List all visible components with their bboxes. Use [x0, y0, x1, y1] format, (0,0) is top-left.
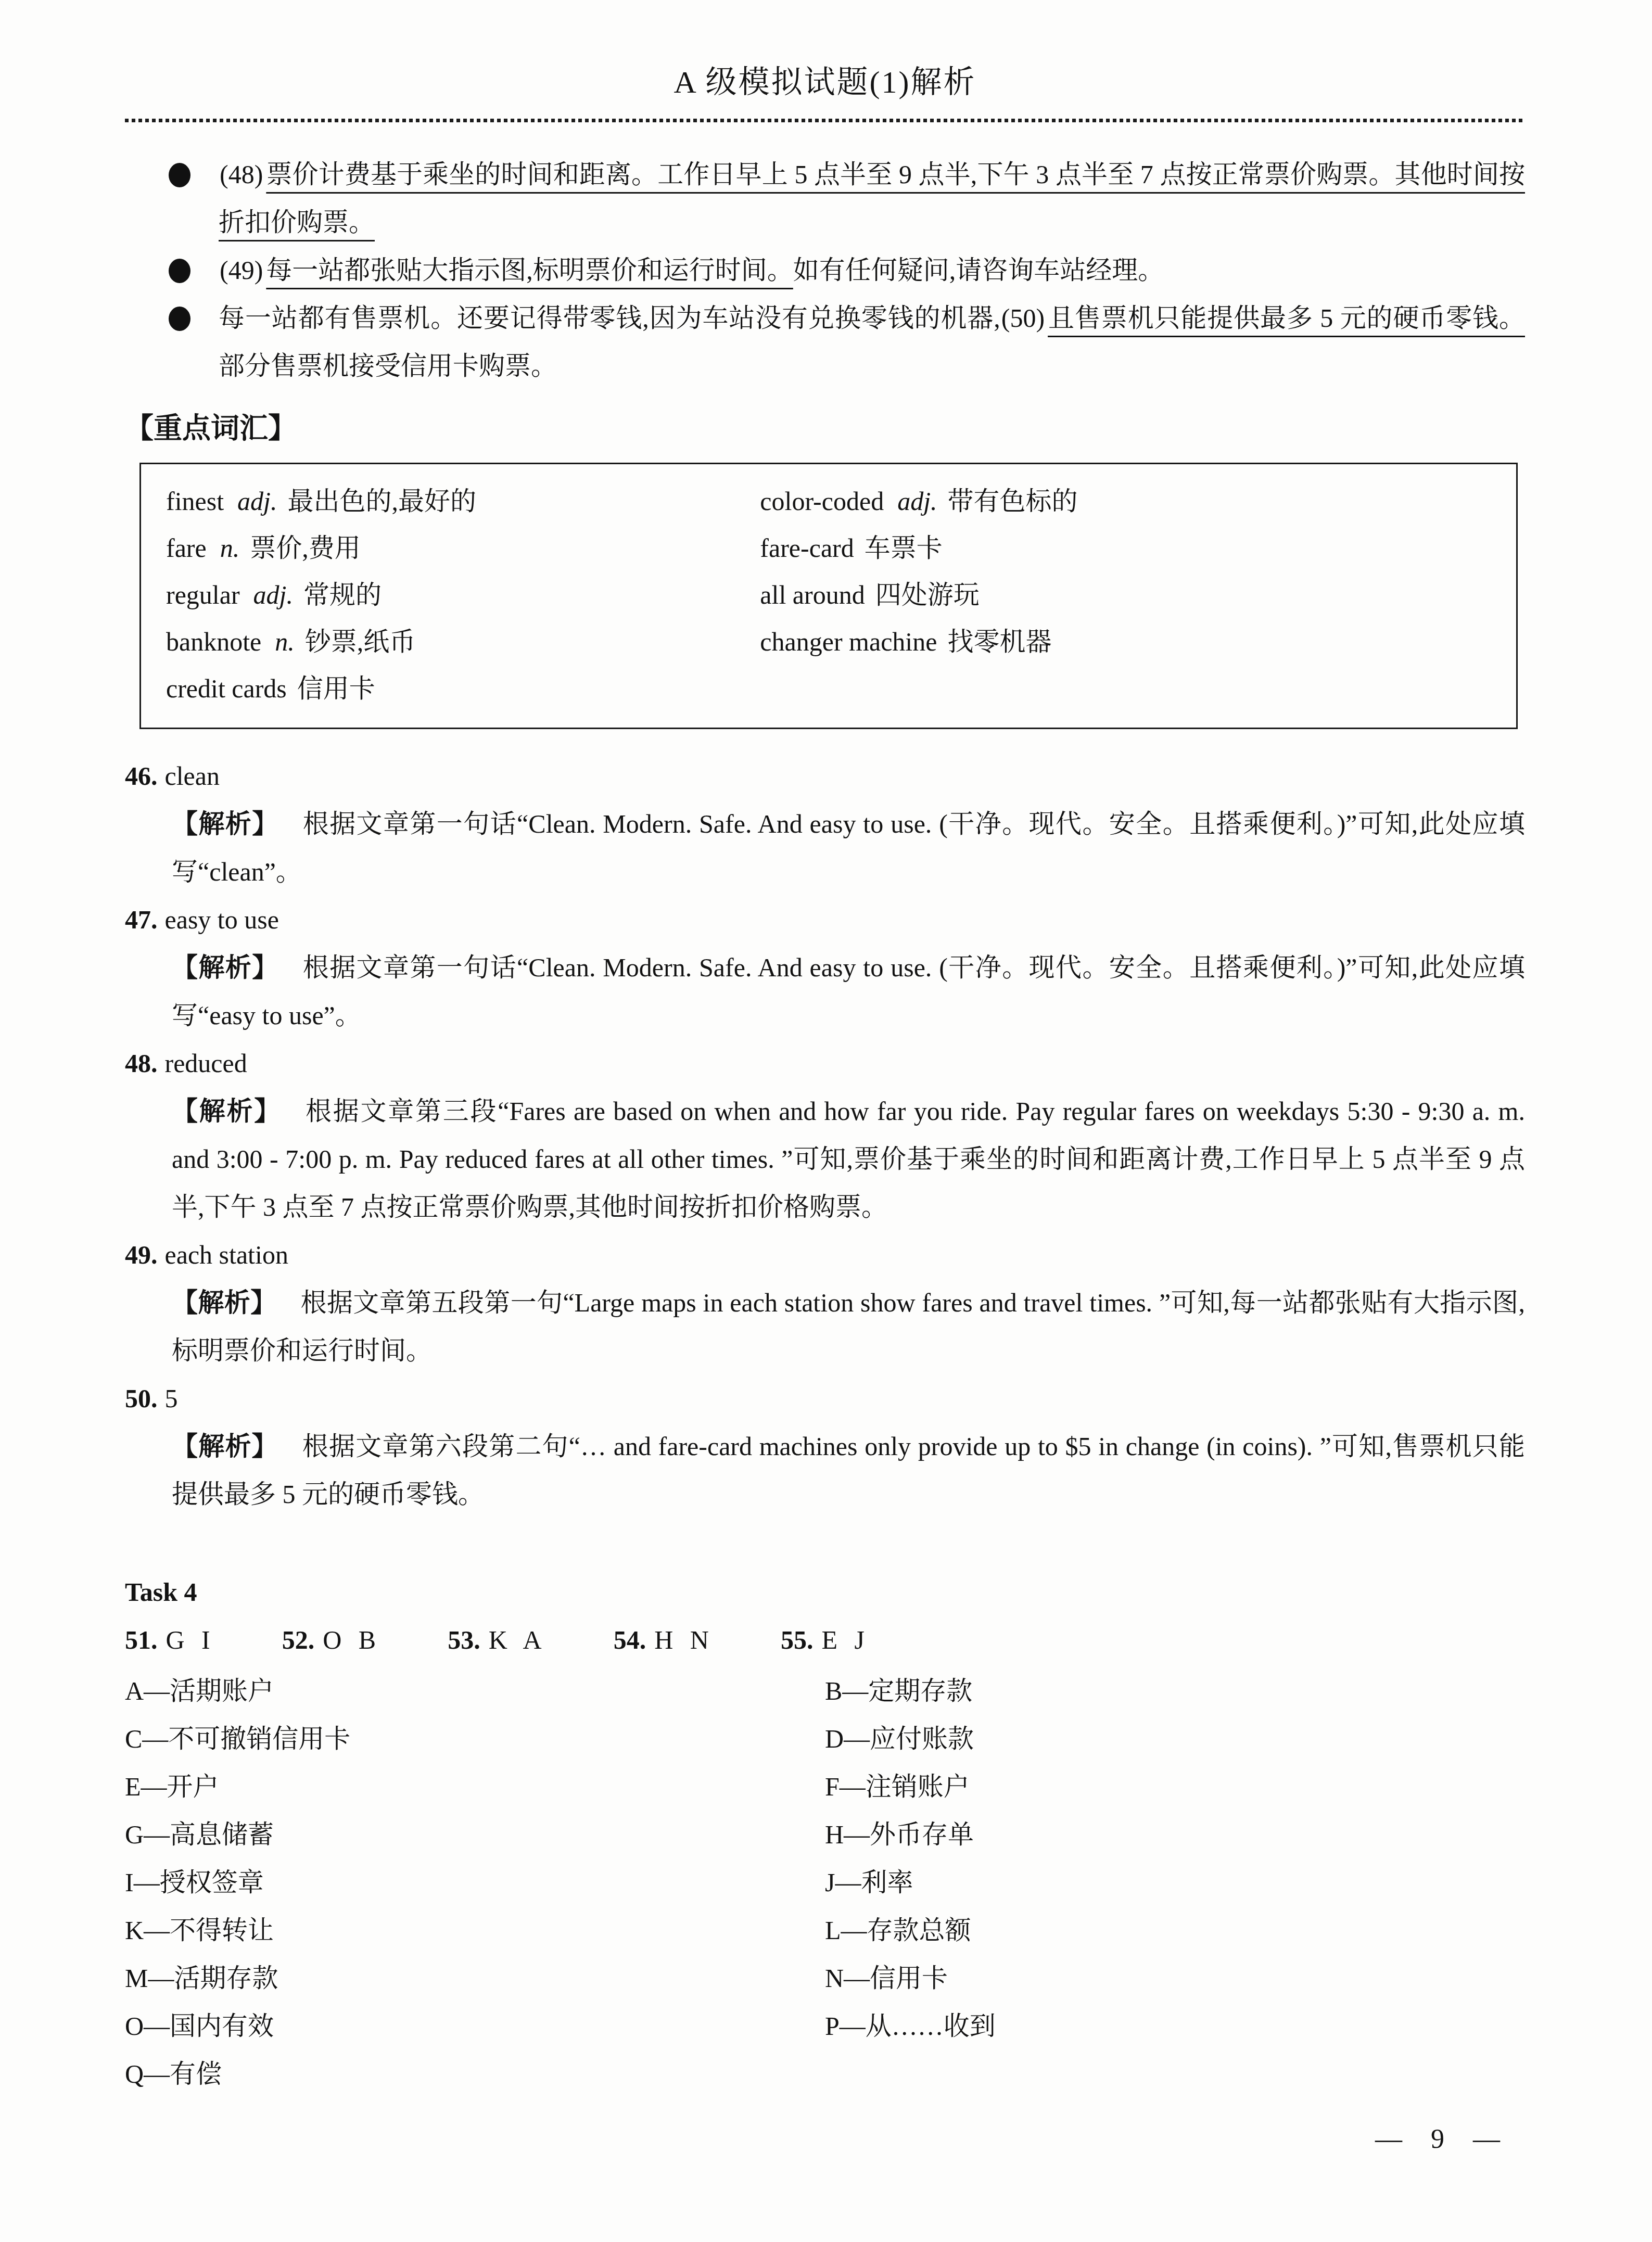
option-item: B—定期存款: [825, 1667, 1525, 1715]
header-dotted-rule: [125, 119, 1525, 122]
task4-answer-letters: G I: [166, 1625, 210, 1654]
bullet-rest-text: 如有任何疑问,请咨询车站经理。: [793, 256, 1164, 285]
vocab-meaning: 信用卡: [297, 674, 375, 703]
vocab-column-right: color-codedadj.带有色标的 fare-card车票卡 all ar…: [760, 478, 1516, 712]
task4-answer: 53.K A: [448, 1625, 541, 1654]
option-item: F—注销账户: [825, 1763, 1525, 1811]
answer-number: 47.: [125, 905, 158, 934]
explanation: 【解析】根据文章第五段第一句“Large maps in each statio…: [172, 1279, 1525, 1374]
page-title: A 级模拟试题(1)解析: [125, 61, 1525, 103]
bullet-dot-icon: [169, 307, 190, 331]
vocab-meaning: 带有色标的: [948, 487, 1078, 516]
vocab-box: finestadj.最出色的,最好的 faren.票价,费用 regularad…: [139, 463, 1518, 729]
vocab-meaning: 最出色的,最好的: [288, 487, 477, 516]
bullet-rest-text: 部分售票机接受信用卡购票。: [219, 351, 557, 380]
vocab-heading: 【重点词汇】: [125, 407, 1525, 449]
vocab-meaning: 车票卡: [865, 533, 943, 563]
answer-head: 46.clean: [125, 752, 1525, 800]
answers-section: 46.clean 【解析】根据文章第一句话“Clean. Modern. Saf…: [125, 752, 1525, 1518]
vocab-pos: adj.: [253, 580, 293, 609]
vocab-meaning: 找零机器: [947, 627, 1051, 656]
task4-answer: 51.G I: [125, 1625, 210, 1654]
vocab-entry: credit cards信用卡: [166, 665, 760, 712]
vocab-pos: n.: [220, 533, 240, 563]
vocab-word: fare-card: [760, 533, 854, 563]
task4-answer-number: 53.: [448, 1625, 480, 1654]
answer-head: 47.easy to use: [125, 896, 1525, 944]
vocab-pos: adj.: [237, 487, 277, 516]
explanation: 【解析】根据文章第六段第二句“… and fare-card machines …: [172, 1422, 1525, 1518]
vocab-column-left: finestadj.最出色的,最好的 faren.票价,费用 regularad…: [166, 478, 760, 712]
bullet-item: (48)票价计费基于乘坐的时间和距离。工作日早上 5 点半至 9 点半,下午 3…: [125, 150, 1525, 246]
vocab-word: finest: [166, 487, 224, 516]
option-item: H—外币存单: [825, 1811, 1525, 1858]
bullet-number: (50): [1000, 303, 1048, 333]
answer-value: clean: [165, 761, 220, 791]
task4-answer-letters: O B: [323, 1625, 376, 1654]
option-item: A—活期账户: [125, 1667, 825, 1715]
option-item: M—活期存款: [125, 1954, 825, 2002]
bullet-underlined-text: 且售票机只能提供最多 5 元的硬币零钱。: [1048, 303, 1525, 333]
vocab-entry: regularadj.常规的: [166, 571, 760, 618]
answer-value: reduced: [165, 1049, 247, 1078]
vocab-meaning: 票价,费用: [250, 533, 361, 563]
answer-number: 49.: [125, 1240, 158, 1269]
vocab-entry: fare-card车票卡: [760, 525, 1516, 571]
key-points-list: (48)票价计费基于乘坐的时间和距离。工作日早上 5 点半至 9 点半,下午 3…: [125, 150, 1525, 390]
vocab-word: banknote: [166, 627, 261, 656]
option-item: Q—有偿: [125, 2050, 825, 2098]
answer-head: 50.5: [125, 1374, 1525, 1422]
option-item: N—信用卡: [825, 1954, 1525, 2002]
vocab-meaning: 四处游玩: [875, 580, 980, 609]
answer-head: 49.each station: [125, 1231, 1525, 1279]
option-item: P—从……收到: [825, 2002, 1525, 2050]
answer-item-48: 48.reduced 【解析】根据文章第三段“Fares are based o…: [125, 1039, 1525, 1231]
option-item: L—存款总额: [825, 1906, 1525, 1954]
option-item: G—高息储蓄: [125, 1811, 825, 1858]
bullet-underlined-text: 票价计费基于乘坐的时间和距离。工作日早上 5 点半至 9 点半,下午 3 点半至…: [219, 160, 1525, 237]
answer-item-49: 49.each station 【解析】根据文章第五段第一句“Large map…: [125, 1231, 1525, 1374]
explanation-text: 根据文章第六段第二句“… and fare-card machines only…: [172, 1432, 1525, 1509]
option-item: D—应付账款: [825, 1715, 1525, 1763]
answer-item-50: 50.5 【解析】根据文章第六段第二句“… and fare-card mach…: [125, 1374, 1525, 1518]
vocab-pos: n.: [275, 627, 295, 656]
bullet-item: 每一站都有售票机。还要记得带零钱,因为车站没有兑换零钱的机器,(50)且售票机只…: [125, 294, 1525, 390]
bullet-dot-icon: [169, 259, 190, 283]
vocab-pos: adj.: [897, 487, 937, 516]
task4-answer-number: 51.: [125, 1625, 158, 1654]
explanation-label: 【解析】: [172, 809, 279, 838]
options-column-left: A—活期账户 C—不可撤销信用卡 E—开户 G—高息储蓄 I—授权签章 K—不得…: [125, 1667, 825, 2098]
vocab-word: all around: [760, 580, 865, 609]
answer-value: easy to use: [165, 905, 279, 934]
vocab-entry: color-codedadj.带有色标的: [760, 478, 1516, 525]
task4-options: A—活期账户 C—不可撤销信用卡 E—开户 G—高息储蓄 I—授权签章 K—不得…: [125, 1667, 1525, 2098]
task4-answer-letters: H N: [654, 1625, 709, 1654]
explanation-text: 根据文章第一句话“Clean. Modern. Safe. And easy t…: [172, 809, 1525, 886]
task4-section: Task 4 51.G I52.O B53.K A54.H N55.E J A—…: [125, 1568, 1525, 2098]
bullet-number: (49): [219, 256, 266, 285]
answer-number: 48.: [125, 1049, 158, 1078]
explanation-label: 【解析】: [172, 1432, 278, 1461]
vocab-meaning: 常规的: [303, 580, 382, 609]
explanation-text: 根据文章第三段“Fares are based on when and how …: [172, 1097, 1525, 1221]
answer-value: each station: [165, 1240, 288, 1269]
answer-item-47: 47.easy to use 【解析】根据文章第一句话“Clean. Moder…: [125, 896, 1525, 1039]
task4-answer-number: 52.: [282, 1625, 315, 1654]
vocab-word: credit cards: [166, 674, 287, 703]
answer-head: 48.reduced: [125, 1039, 1525, 1087]
vocab-meaning: 钞票,纸币: [305, 627, 416, 656]
explanation-label: 【解析】: [172, 1288, 277, 1317]
bullet-number: (48): [219, 160, 266, 189]
answer-number: 50.: [125, 1384, 158, 1413]
vocab-entry: finestadj.最出色的,最好的: [166, 478, 760, 525]
vocab-word: regular: [166, 580, 240, 609]
vocab-entry: changer machine找零机器: [760, 618, 1516, 665]
options-column-right: B—定期存款 D—应付账款 F—注销账户 H—外币存单 J—利率 L—存款总额 …: [825, 1667, 1525, 2098]
task4-answer: 55.E J: [781, 1625, 865, 1654]
task4-title: Task 4: [125, 1568, 1525, 1616]
bullet-dot-icon: [169, 163, 190, 187]
bullet-prefix: 每一站都有售票机。还要记得带零钱,因为车站没有兑换零钱的机器,: [219, 303, 1000, 333]
explanation: 【解析】根据文章第三段“Fares are based on when and …: [172, 1087, 1525, 1231]
vocab-word: fare: [166, 533, 207, 563]
option-item: E—开户: [125, 1763, 825, 1811]
option-item: K—不得转让: [125, 1906, 825, 1954]
explanation-label: 【解析】: [172, 953, 279, 982]
answer-item-46: 46.clean 【解析】根据文章第一句话“Clean. Modern. Saf…: [125, 752, 1525, 896]
document-page: A 级模拟试题(1)解析 (48)票价计费基于乘坐的时间和距离。工作日早上 5 …: [0, 0, 1652, 2098]
option-item: O—国内有效: [125, 2002, 825, 2050]
task4-answer: 54.H N: [614, 1625, 709, 1654]
vocab-entry: all around四处游玩: [760, 571, 1516, 618]
vocab-word: changer machine: [760, 627, 937, 656]
explanation: 【解析】根据文章第一句话“Clean. Modern. Safe. And ea…: [172, 800, 1525, 896]
answer-value: 5: [165, 1384, 178, 1413]
explanation: 【解析】根据文章第一句话“Clean. Modern. Safe. And ea…: [172, 944, 1525, 1039]
page-number: — 9 —: [1375, 2124, 1500, 2155]
answer-number: 46.: [125, 761, 158, 791]
explanation-label: 【解析】: [172, 1097, 282, 1126]
task4-answer-number: 54.: [614, 1625, 646, 1654]
vocab-word: color-coded: [760, 487, 884, 516]
option-item: J—利率: [825, 1858, 1525, 1906]
task4-answer-letters: E J: [821, 1625, 865, 1654]
explanation-text: 根据文章第一句话“Clean. Modern. Safe. And easy t…: [172, 953, 1525, 1030]
bullet-underlined-text: 每一站都张贴大指示图,标明票价和运行时间。: [266, 256, 793, 285]
option-item: C—不可撤销信用卡: [125, 1715, 825, 1763]
task4-answer-line: 51.G I52.O B53.K A54.H N55.E J: [125, 1616, 1525, 1664]
explanation-text: 根据文章第五段第一句“Large maps in each station sh…: [172, 1288, 1525, 1365]
vocab-entry: faren.票价,费用: [166, 525, 760, 571]
bullet-item: (49)每一站都张贴大指示图,标明票价和运行时间。如有任何疑问,请咨询车站经理。: [125, 246, 1525, 294]
task4-answer-letters: K A: [489, 1625, 542, 1654]
task4-answer-number: 55.: [781, 1625, 814, 1654]
option-item: I—授权签章: [125, 1858, 825, 1906]
vocab-entry: banknoten.钞票,纸币: [166, 618, 760, 665]
task4-answer: 52.O B: [282, 1625, 376, 1654]
